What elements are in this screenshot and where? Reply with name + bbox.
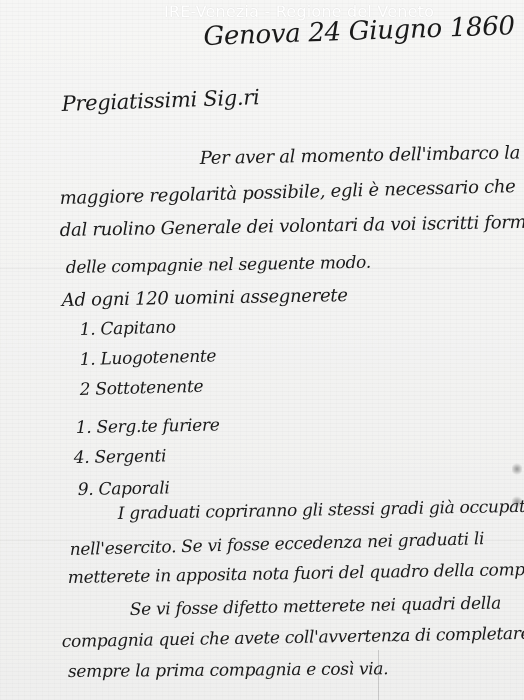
rank-item: 1. Serg.te furiere (76, 415, 220, 438)
body-line: maggiore regolarità possibile, egli è ne… (59, 176, 515, 209)
closing-line: Se vi fosse difetto metterete nei quadri… (130, 594, 501, 620)
closing-line: I graduati copriranno gli stessi gradi g… (118, 497, 524, 524)
body-line: Per aver al momento dell'imbarco la (200, 142, 521, 169)
margin-mark (378, 650, 379, 700)
ink-smudge (512, 462, 522, 476)
rank-item: 1. Luogotenente (79, 346, 216, 370)
letter-salutation: Pregiatissimi Sig.ri (61, 85, 260, 116)
body-line: dal ruolino Generale dei volontari da vo… (60, 211, 524, 241)
closing-line: sempre la prima compagnia e così via. (68, 659, 389, 682)
rank-item: 4. Sergenti (74, 446, 167, 468)
document-page: IRE-Venezia - Regione del Veneto Genova … (0, 0, 524, 700)
ink-smudge (512, 495, 522, 509)
body-line: Ad ogni 120 uomini assegnerete (62, 285, 348, 311)
body-line: delle compagnie nel seguente modo. (66, 253, 371, 278)
closing-line: nell'esercito. Se vi fosse eccedenza nei… (69, 529, 484, 560)
rank-item: 2 Sottotenente (79, 377, 203, 400)
rank-item: 1. Capitano (79, 317, 175, 340)
closing-line: compagnia quei che avete coll'avvertenza… (62, 624, 524, 652)
closing-line: metterete in apposita nota fuori del qua… (68, 560, 524, 588)
rank-item: 9. Caporali (78, 478, 170, 500)
